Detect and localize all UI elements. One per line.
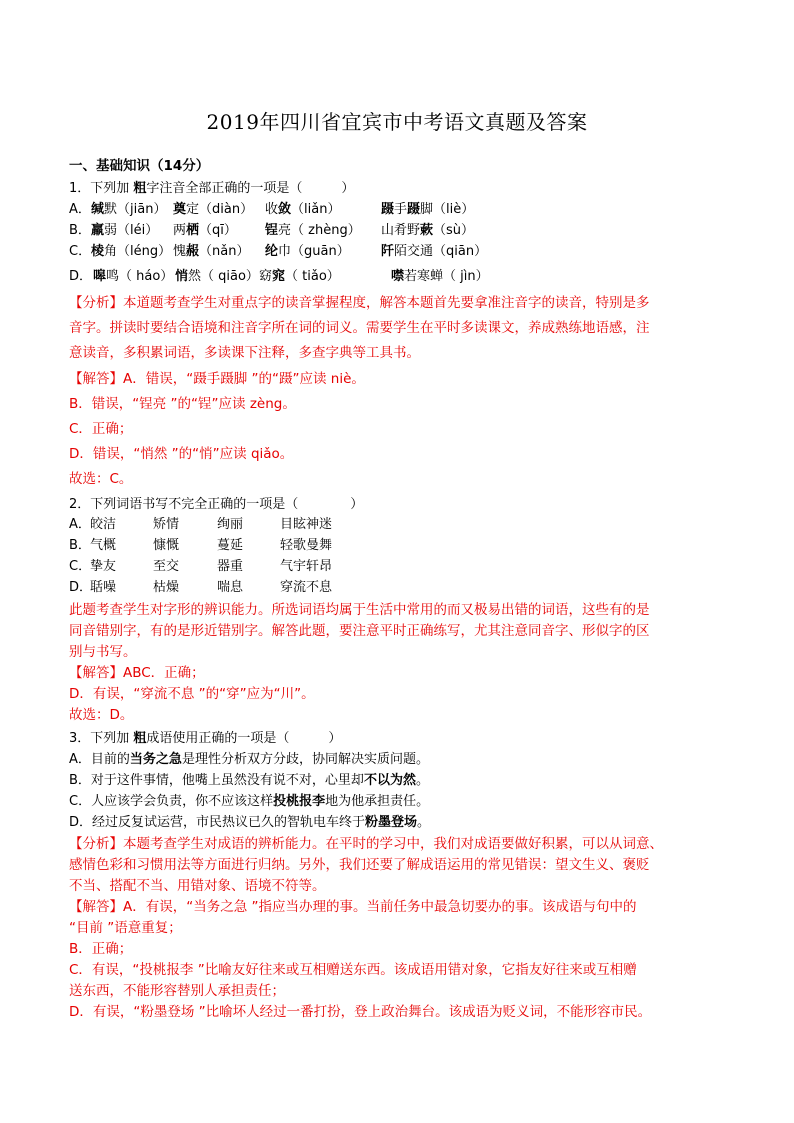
bold-target-char: 蹑 <box>381 202 394 217</box>
option-word: 矫情 <box>153 516 179 534</box>
question-3-answer-line: D．有误，“粉墨登场 ”比喻坏人经过一番打扮，登上政治舞台。该成语为贬义词，不能… <box>69 1003 651 1021</box>
question-3-answer-line: B．正确； <box>69 940 132 958</box>
question-1-option-b: B．羸弱（léi）两栖（qī）锃亮（ zhèng）山肴野蔌（sù） <box>69 222 749 240</box>
bold-target-char: 赧 <box>186 244 199 259</box>
option-item: 阡陌交通（qiān） <box>381 243 487 261</box>
option-item: 奠定（diàn） <box>173 201 253 219</box>
option-item: 愧赧（nǎn） <box>173 243 249 261</box>
option-bold-idiom: 投桃报李 <box>273 794 325 809</box>
stem-text: 1．下列加 <box>69 181 133 196</box>
question-2-answer-line: D．有误，“穿流不息 ”的“穿”应为“川”。 <box>69 685 315 703</box>
option-word: 至交 <box>153 558 179 576</box>
option-word: 器重 <box>217 558 243 576</box>
option-label: B． <box>69 222 91 240</box>
option-text: （nǎn） <box>199 244 249 259</box>
option-item: 窈窕（ tiǎo） <box>259 268 340 286</box>
option-text: 脚（liè） <box>420 202 474 217</box>
option-item: 棱角（léng） <box>91 243 171 261</box>
question-2-answer-line: 【解答】ABC．正确； <box>69 664 205 682</box>
question-1-analysis-line: 【分析】本道题考查学生对重点字的读音掌握程度，解答本题首先要拿准注音字的读音，特… <box>69 294 650 312</box>
option-word: 枯燥 <box>153 579 179 597</box>
document-page: 2019年四川省宜宾市中考语文真题及答案 一、基础知识（14分） 1．下列加 粗… <box>0 0 794 1123</box>
question-1-answer-line: 【解答】A．错误，“蹑手蹑脚 ”的“蹑”应读 niè。 <box>69 370 365 388</box>
option-text: 愧 <box>173 244 186 259</box>
stem-bold-text: 粗 <box>133 181 146 196</box>
option-bold-idiom: 不以为然 <box>364 773 416 788</box>
bold-target-char: 奠 <box>173 202 186 217</box>
bold-target-char: 窕 <box>272 269 285 284</box>
question-1-stem: 1．下列加 粗字注音全部正确的一项是（ ） <box>69 180 354 198</box>
question-1-answer-line: D．错误，“悄然 ”的“悄”应读 qiǎo。 <box>69 445 293 463</box>
option-bold-idiom: 当务之急 <box>130 752 182 767</box>
option-word: 绚丽 <box>217 516 243 534</box>
bold-target-char: 羸 <box>91 223 104 238</box>
option-label: B． <box>69 537 91 555</box>
section-heading-basic-knowledge: 一、基础知识（14分） <box>69 157 209 175</box>
bold-target-char: 蹑 <box>407 202 420 217</box>
option-word: 皎洁 <box>90 516 116 534</box>
bold-target-char: 悄 <box>175 269 188 284</box>
option-text: 然（ qiāo） <box>188 269 259 284</box>
question-2-answer-line: 故选：D。 <box>69 706 133 724</box>
option-word: 穿流不息 <box>280 579 332 597</box>
option-item: 山肴野蔌（sù） <box>381 222 474 240</box>
option-word: 轻歌曼舞 <box>280 537 332 555</box>
option-bold-idiom: 粉墨登场 <box>365 815 417 830</box>
option-text: 亮（ zhèng） <box>278 223 361 238</box>
question-1-analysis-line: 意读音，多积累词语，多读课下注释，多查字典等工具书。 <box>69 344 420 362</box>
bold-target-char: 缄 <box>91 202 104 217</box>
option-word: 蔓延 <box>217 537 243 555</box>
option-text: 山肴野 <box>381 223 420 238</box>
question-2-analysis-line: 此题考查学生对字形的辨识能力。所选词语均属于生活中常用的而又极易出错的词语，这些… <box>69 601 650 619</box>
question-3-answer-line: 【解答】A．有误，“当务之急 ”指应当办理的事。当前任务中最急切要办的事。该成语… <box>69 898 637 916</box>
question-3-option-c: C．人应该学会负责，你不应该这样投桃报李地为他承担责任。 <box>69 793 429 811</box>
question-1-answer-line: 故选：C。 <box>69 470 132 488</box>
question-3-analysis-line: 不当、搭配不当、用错对象、语境不符等。 <box>69 877 326 895</box>
option-label: D． <box>69 268 92 286</box>
option-item: 纶巾（guān） <box>265 243 350 261</box>
option-text: 定（diàn） <box>186 202 253 217</box>
option-label: D． <box>69 579 92 597</box>
option-text: （liǎn） <box>291 202 340 217</box>
option-word: 气概 <box>90 537 116 555</box>
stem-text: 成语使用正确的一项是（ ） <box>146 731 341 746</box>
option-word: 目眩神迷 <box>280 516 332 534</box>
option-label: A． <box>69 516 91 534</box>
question-3-option-a: A．目前的当务之急是理性分析双方分歧，协同解决实质问题。 <box>69 751 429 769</box>
option-text: （qī） <box>199 223 237 238</box>
option-item: 收敛（liǎn） <box>265 201 340 219</box>
option-text: 鸣（ háo） <box>106 269 173 284</box>
option-label: B． <box>69 773 91 788</box>
bold-target-char: 嗥 <box>93 269 106 284</box>
bold-target-char: 棱 <box>91 244 104 259</box>
option-label: A． <box>69 752 91 767</box>
option-text: 角（léng） <box>104 244 171 259</box>
question-3-answer-line: C．有误，“投桃报李 ”比喻友好往来或互相赠送东西。该成语用错对象，它指友好往来… <box>69 961 637 979</box>
option-text: 手 <box>394 202 407 217</box>
bold-target-char: 栖 <box>186 223 199 238</box>
question-2-option-a: A．皎洁矫情绚丽目眩神迷 <box>69 516 749 534</box>
option-text: 经过反复试运营，市民热议已久的智轨电车终于 <box>92 815 365 830</box>
bold-target-char: 纶 <box>265 244 278 259</box>
option-text: 巾（guān） <box>278 244 350 259</box>
option-text: 人应该学会负责，你不应该这样 <box>91 794 273 809</box>
option-item: 羸弱（léi） <box>91 222 158 240</box>
question-2-stem: 2．下列词语书写不完全正确的一项是（ ） <box>69 496 363 514</box>
stem-bold-text: 粗 <box>133 731 146 746</box>
question-1-option-a: A．缄默（jiān）奠定（diàn）收敛（liǎn）蹑手蹑脚（liè） <box>69 201 749 219</box>
question-1-option-c: C．棱角（léng）愧赧（nǎn）纶巾（guān）阡陌交通（qiān） <box>69 243 749 261</box>
option-text: 两 <box>173 223 186 238</box>
option-label: A． <box>69 201 91 219</box>
question-1-analysis-line: 音字。拼读时要结合语境和注音字所在词的词义。需要学生在平时多读课文，养成熟练地语… <box>69 319 650 337</box>
option-item: 悄然（ qiāo） <box>175 268 259 286</box>
option-word: 气宇轩昂 <box>280 558 332 576</box>
bold-target-char: 蔌 <box>420 223 433 238</box>
option-item: 两栖（qī） <box>173 222 237 240</box>
option-word: 聒噪 <box>90 579 116 597</box>
question-3-answer-line: 送东西，不能形容替别人承担责任； <box>69 982 285 1000</box>
option-item: 锃亮（ zhèng） <box>265 222 361 240</box>
question-2-option-c: C．挚友至交器重气宇轩昂 <box>69 558 749 576</box>
question-1-option-d: D．嗥鸣（ háo）悄然（ qiāo）窈窕（ tiǎo）噤若寒蝉（ jìn） <box>69 268 749 286</box>
stem-text: 字注音全部正确的一项是（ ） <box>146 181 354 196</box>
option-text: 收 <box>265 202 278 217</box>
option-text: 窈 <box>259 269 272 284</box>
question-3-analysis-line: 【分析】本题考查学生对成语的辨析能力。在平时的学习中，我们对成语要做好积累，可以… <box>69 835 663 853</box>
option-label: C． <box>69 558 91 576</box>
document-title: 2019年四川省宜宾市中考语文真题及答案 <box>0 106 794 135</box>
option-word: 慷慨 <box>153 537 179 555</box>
option-text: 若寒蝉（ jìn） <box>404 269 489 284</box>
question-3-analysis-line: 感情色彩和习惯用法等方面进行归纳。另外，我们还要了解成语运用的常见错误：望文生义… <box>69 856 650 874</box>
option-item: 缄默（jiān） <box>91 201 166 219</box>
bold-target-char: 锃 <box>265 223 278 238</box>
bold-target-char: 阡 <box>381 244 394 259</box>
question-2-analysis-line: 别与书写。 <box>69 643 137 661</box>
question-3-option-d: D．经过反复试运营，市民热议已久的智轨电车终于粉墨登场。 <box>69 814 430 832</box>
bold-target-char: 噤 <box>391 269 404 284</box>
option-text: 默（jiān） <box>104 202 166 217</box>
question-2-analysis-line: 同音错别字，有的是形近错别字。解答此题，要注意平时正确练写，尤其注意同音字、形似… <box>69 622 650 640</box>
option-text: （ tiǎo） <box>285 269 340 284</box>
option-word: 挚友 <box>90 558 116 576</box>
question-3-option-b: B．对于这件事情，他嘴上虽然没有说不对，心里却不以为然。 <box>69 772 429 790</box>
option-text: 地为他承担责任。 <box>325 794 429 809</box>
option-text: 对于这件事情，他嘴上虽然没有说不对，心里却 <box>91 773 364 788</box>
bold-target-char: 敛 <box>278 202 291 217</box>
option-label: D． <box>69 815 92 830</box>
stem-text: 3．下列加 <box>69 731 133 746</box>
option-text: 陌交通（qiān） <box>394 244 487 259</box>
option-item: 嗥鸣（ háo） <box>93 268 173 286</box>
option-text: 弱（léi） <box>104 223 158 238</box>
option-text: 目前的 <box>91 752 130 767</box>
question-3-stem: 3．下列加 粗成语使用正确的一项是（ ） <box>69 730 341 748</box>
option-label: C． <box>69 243 91 261</box>
option-item: 蹑手蹑脚（liè） <box>381 201 474 219</box>
question-1-answer-line: C．正确； <box>69 420 132 438</box>
option-label: C． <box>69 794 91 809</box>
option-text: （sù） <box>433 223 474 238</box>
option-item: 噤若寒蝉（ jìn） <box>391 268 489 286</box>
option-text: 。 <box>416 773 429 788</box>
option-text: 是理性分析双方分歧，协同解决实质问题。 <box>182 752 429 767</box>
option-word: 喘息 <box>217 579 243 597</box>
question-1-answer-line: B．错误，“锃亮 ”的“锃”应读 zèng。 <box>69 395 296 413</box>
question-2-option-b: B．气概慷慨蔓延轻歌曼舞 <box>69 537 749 555</box>
option-text: 。 <box>417 815 430 830</box>
question-3-answer-line: “目前 ”语意重复； <box>69 919 182 937</box>
question-2-option-d: D．聒噪枯燥喘息穿流不息 <box>69 579 749 597</box>
